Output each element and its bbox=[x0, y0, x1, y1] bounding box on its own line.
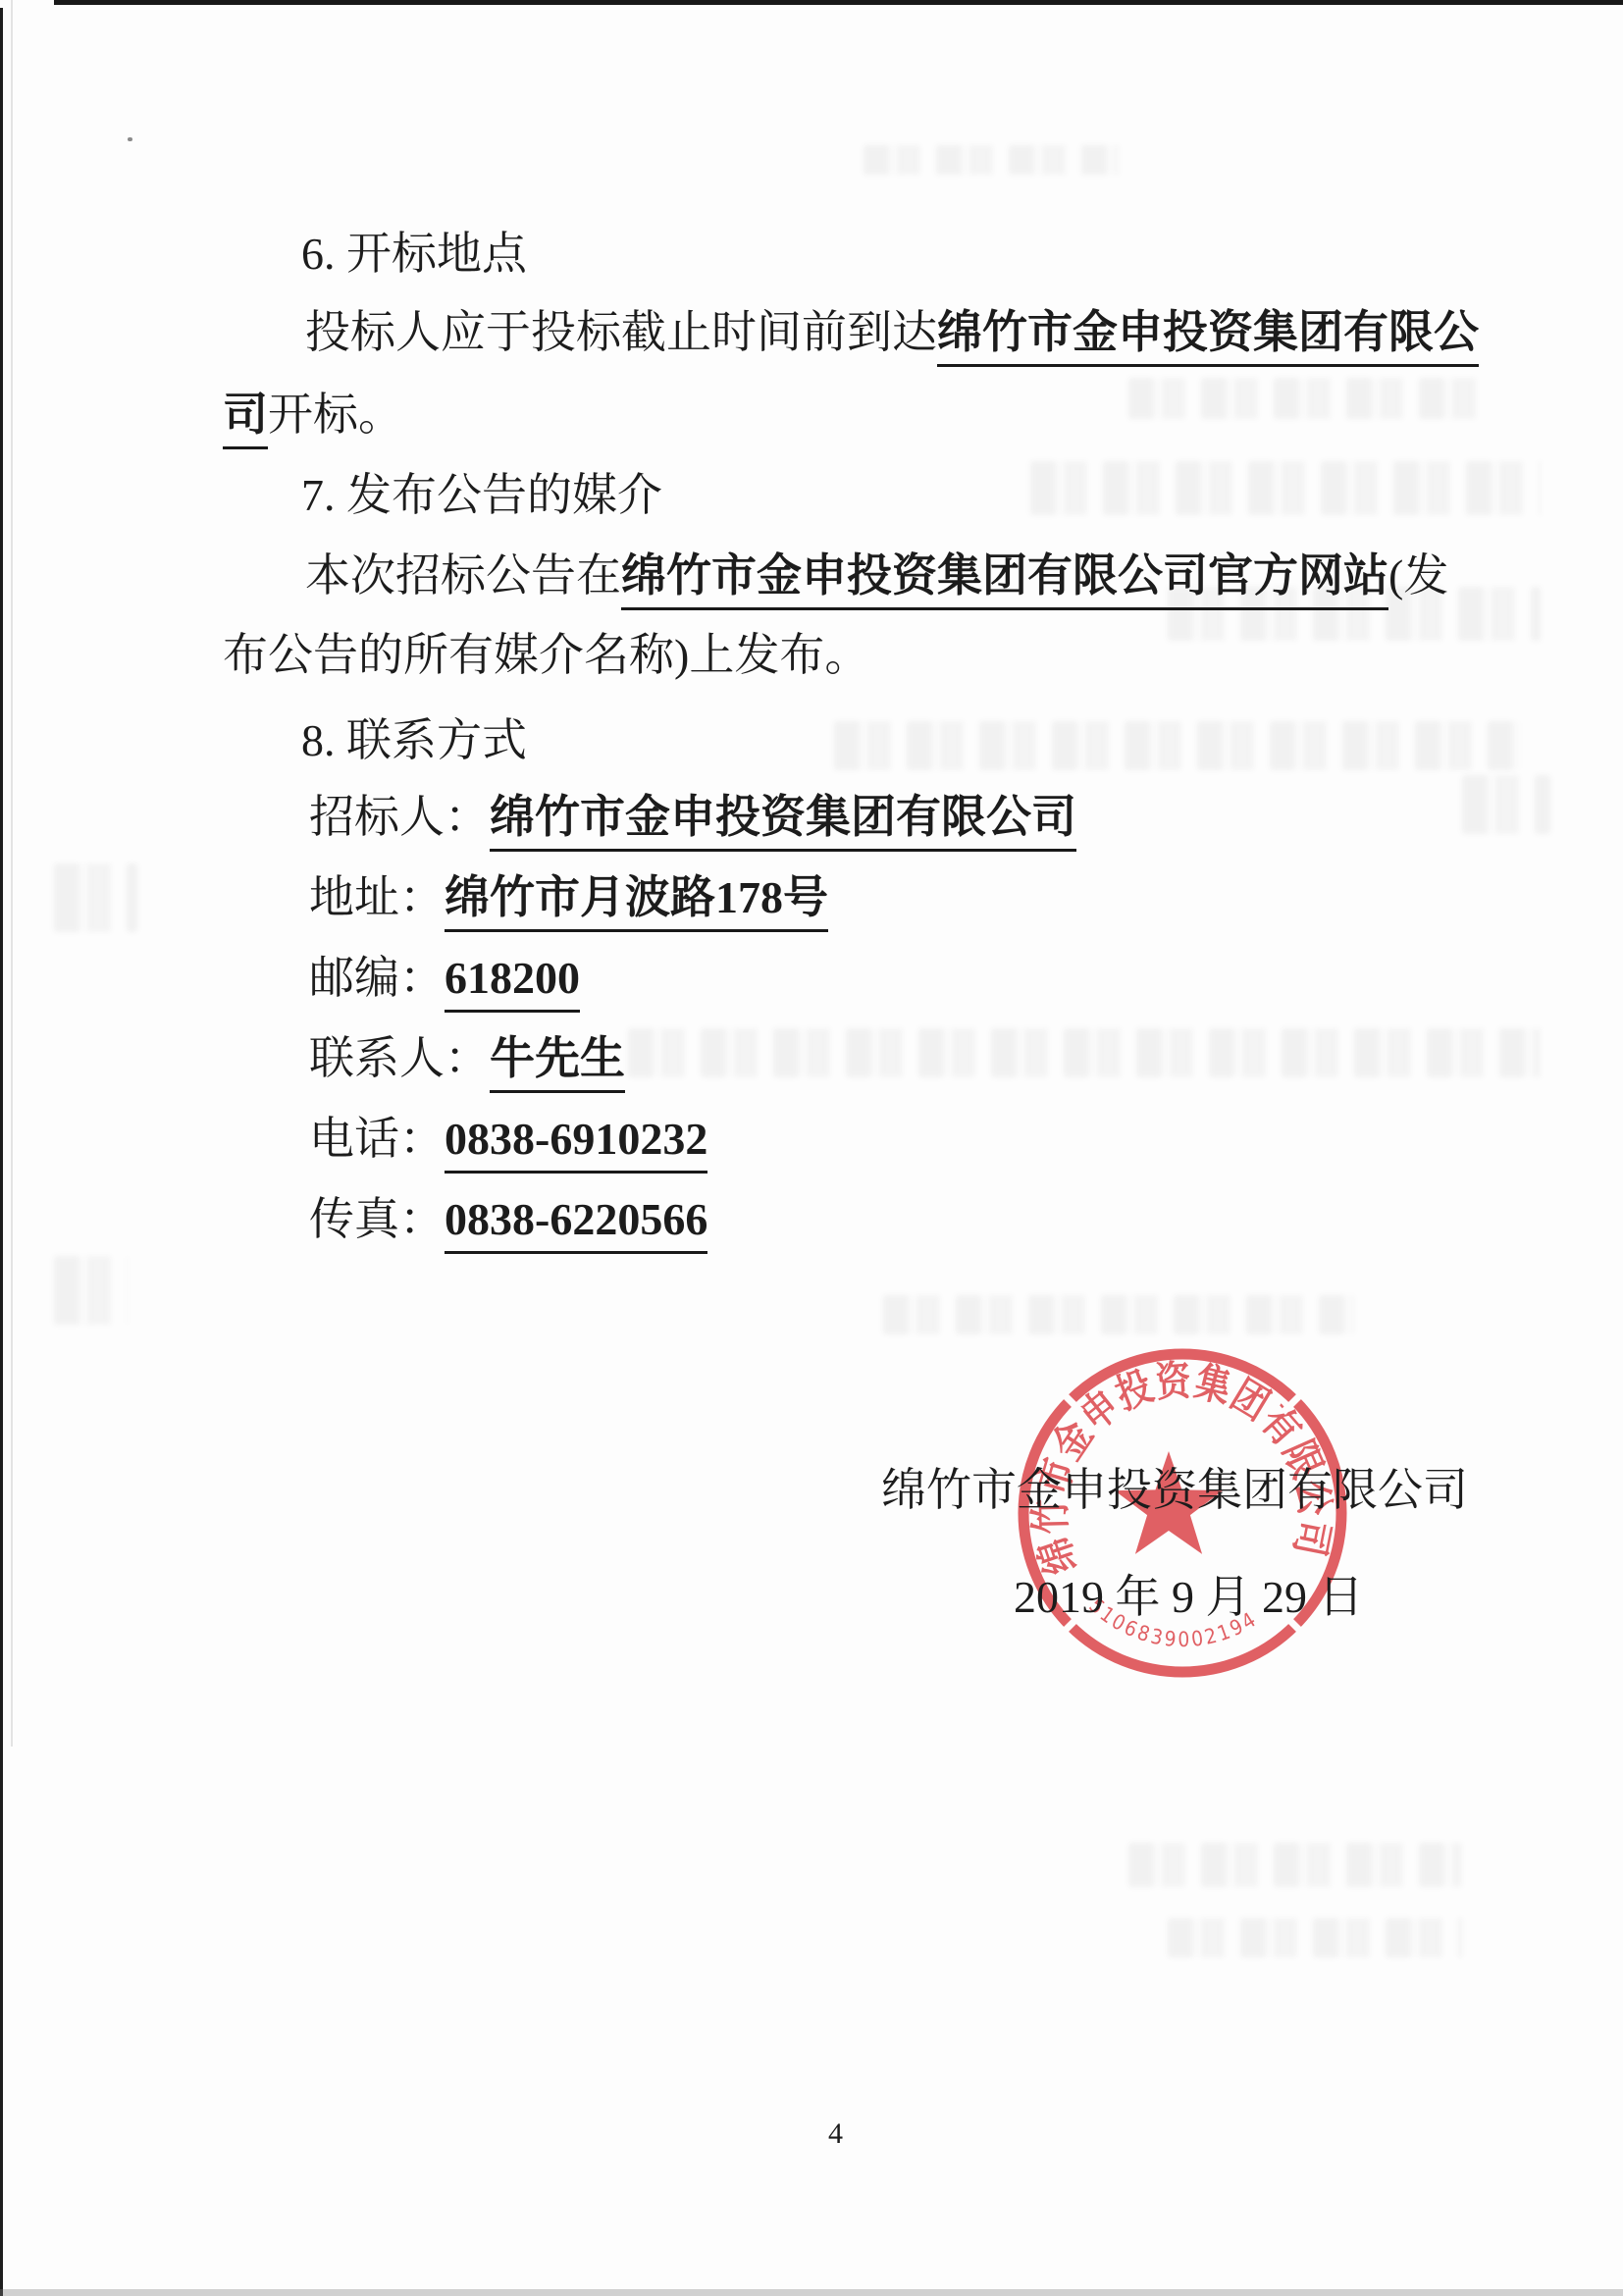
section-8-heading: 8. 联系方式 bbox=[301, 714, 527, 767]
contact-value: 0838-6910232 bbox=[445, 1113, 707, 1174]
contact-value: 绵竹市月波路178号 bbox=[445, 871, 828, 932]
bleedthrough-noise bbox=[864, 145, 1119, 175]
section-6-line-1-text: 投标人应于投标截止时间前到达 bbox=[305, 307, 937, 357]
bleedthrough-noise bbox=[883, 1295, 1354, 1334]
page-number: 4 bbox=[828, 2108, 843, 2161]
bleedthrough-noise bbox=[54, 863, 137, 932]
scan-speck bbox=[128, 137, 132, 141]
scan-edge-left bbox=[0, 8, 3, 2296]
contact-row-postcode: 邮编：618200 bbox=[309, 952, 580, 1013]
section-6-line-1: 投标人应于投标截止时间前到达绵竹市金申投资集团有限公 bbox=[305, 306, 1479, 367]
contact-value: 绵竹市金申投资集团有限公司 bbox=[490, 791, 1076, 852]
contact-row-address: 地址：绵竹市月波路178号 bbox=[309, 871, 828, 932]
section-6-heading: 6. 开标地点 bbox=[301, 228, 527, 281]
contact-label: 传真： bbox=[309, 1194, 445, 1244]
section-7-line-1: 本次招标公告在绵竹市金申投资集团有限公司官方网站(发 bbox=[305, 549, 1448, 610]
contact-value: 618200 bbox=[445, 952, 580, 1013]
section-6-line-2-text: 开标。 bbox=[268, 390, 403, 440]
contact-label: 联系人： bbox=[309, 1033, 490, 1083]
section-6-line-1-underlined: 绵竹市金申投资集团有限公 bbox=[937, 306, 1479, 367]
bleedthrough-noise bbox=[628, 1028, 1541, 1077]
bleedthrough-noise bbox=[1128, 1843, 1462, 1887]
scanned-document-page: 绵竹市金申投资集团有限公司 5106839002194 6. 开标地点 投标人应… bbox=[0, 0, 1623, 2296]
section-6-line-2-underlined: 司 bbox=[223, 389, 268, 449]
section-7-line-2: 布公告的所有媒介名称)上发布。 bbox=[223, 629, 869, 682]
bleedthrough-noise bbox=[834, 721, 1521, 770]
section-7-line-1-tail: (发 bbox=[1388, 550, 1448, 600]
contact-label: 电话： bbox=[309, 1114, 445, 1164]
scan-edge-top bbox=[54, 0, 1623, 5]
bleedthrough-noise bbox=[1168, 1918, 1462, 1957]
scan-edge-line bbox=[11, 0, 13, 1747]
contact-row-phone: 电话：0838-6910232 bbox=[309, 1113, 707, 1174]
section-7-line-1-underlined: 绵竹市金申投资集团有限公司官方网站 bbox=[621, 549, 1388, 610]
contact-value: 牛先生 bbox=[490, 1032, 625, 1093]
contact-label: 招标人： bbox=[309, 792, 490, 842]
signature-date: 2019 年 9 月 29 日 bbox=[1014, 1571, 1364, 1624]
section-6-line-2: 司开标。 bbox=[223, 389, 403, 449]
section-7-heading: 7. 发布公告的媒介 bbox=[301, 469, 662, 522]
contact-row-fax: 传真：0838-6220566 bbox=[309, 1193, 707, 1254]
signature-company-name: 绵竹市金申投资集团有限公司 bbox=[881, 1464, 1468, 1517]
contact-value: 0838-6220566 bbox=[445, 1193, 707, 1254]
contact-label: 地址： bbox=[309, 872, 445, 922]
contact-label: 邮编： bbox=[309, 953, 445, 1003]
bleedthrough-noise bbox=[1462, 775, 1550, 834]
section-7-line-1-text: 本次招标公告在 bbox=[305, 550, 621, 600]
contact-row-person: 联系人：牛先生 bbox=[309, 1032, 625, 1093]
bleedthrough-noise bbox=[1128, 378, 1482, 419]
scan-edge-bottom bbox=[0, 2289, 1623, 2296]
bleedthrough-noise bbox=[54, 1256, 128, 1325]
bleedthrough-noise bbox=[1030, 461, 1541, 515]
contact-row-bidder: 招标人：绵竹市金申投资集团有限公司 bbox=[309, 791, 1076, 852]
